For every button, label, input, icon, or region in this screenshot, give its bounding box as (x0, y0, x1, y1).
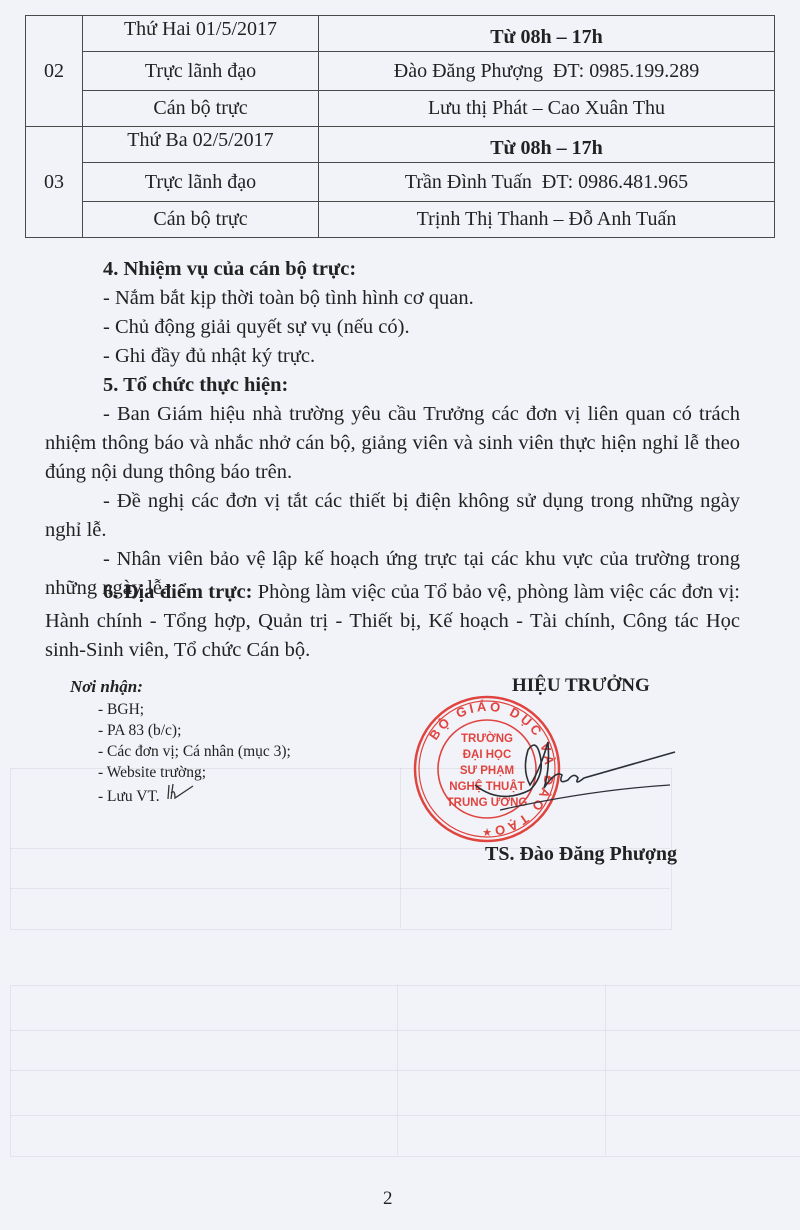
row-number: 02 (26, 16, 83, 127)
row-number: 03 (26, 127, 83, 238)
duty-time: Từ 08h – 17h (319, 16, 775, 52)
initials-mark-icon (166, 783, 196, 807)
leader-value: Đào Đăng Phượng ĐT: 0985.199.289 (319, 52, 775, 91)
staff-label: Cán bộ trực (83, 202, 319, 238)
paragraph-text: - Ban Giám hiệu nhà trường yêu cầu Trưởn… (45, 400, 740, 487)
bleed-through-line (605, 985, 606, 1155)
svg-text:★: ★ (482, 827, 492, 839)
recipient-item: - Các đơn vị; Cá nhân (mục 3); (70, 741, 291, 762)
duty-time: Từ 08h – 17h (319, 127, 775, 163)
document-page: 02 Thứ Hai 01/5/2017 Từ 08h – 17h Trực l… (0, 0, 800, 1230)
table-row: Trực lãnh đạo Đào Đăng Phượng ĐT: 0985.1… (26, 52, 775, 91)
section-duties: 4. Nhiệm vụ của cán bộ trực: - Nắm bắt k… (0, 255, 800, 371)
bleed-through-line (10, 1070, 800, 1071)
section-heading: 4. Nhiệm vụ của cán bộ trực: (0, 255, 800, 284)
table-row: 02 Thứ Hai 01/5/2017 Từ 08h – 17h (26, 16, 775, 52)
signatory-name: TS. Đào Đăng Phượng (485, 843, 677, 866)
table-row: Trực lãnh đạo Trần Đình Tuấn ĐT: 0986.48… (26, 163, 775, 202)
leader-value: Trần Đình Tuấn ĐT: 0986.481.965 (319, 163, 775, 202)
bleed-through-table (10, 985, 800, 1157)
table-row: Cán bộ trực Trịnh Thị Thanh – Đỗ Anh Tuấ… (26, 202, 775, 238)
recipients-block: Nơi nhận: - BGH; - PA 83 (b/c); - Các đơ… (70, 676, 291, 807)
paragraph: 6. Địa điểm trực: Phòng làm việc của Tổ … (0, 578, 800, 665)
bleed-through-line (10, 1115, 800, 1116)
page-number: 2 (383, 1188, 393, 1210)
list-item: - Ghi đầy đủ nhật ký trực. (0, 342, 800, 371)
recipient-item: - Lưu VT. (98, 788, 160, 805)
duty-date: Thứ Hai 01/5/2017 (83, 16, 319, 52)
bleed-through-line (397, 985, 398, 1155)
recipient-item: - PA 83 (b/c); (70, 720, 291, 741)
section-heading: 5. Tổ chức thực hiện: (0, 371, 800, 400)
bleed-through-line (10, 888, 670, 889)
table-row: Cán bộ trực Lưu thị Phát – Cao Xuân Thu (26, 91, 775, 127)
bleed-through-line (400, 768, 401, 928)
recipient-item: - BGH; (70, 699, 291, 720)
table-row: 03 Thứ Ba 02/5/2017 Từ 08h – 17h (26, 127, 775, 163)
leader-label: Trực lãnh đạo (83, 163, 319, 202)
signatory-title: HIỆU TRƯỞNG (512, 675, 650, 697)
leader-label: Trực lãnh đạo (83, 52, 319, 91)
staff-value: Trịnh Thị Thanh – Đỗ Anh Tuấn (319, 202, 775, 238)
staff-value: Lưu thị Phát – Cao Xuân Thu (319, 91, 775, 127)
recipient-item: - Website trường; (70, 762, 291, 783)
section-location: 6. Địa điểm trực: Phòng làm việc của Tổ … (0, 578, 800, 665)
recipients-title: Nơi nhận: (70, 676, 291, 697)
section-heading: 6. Địa điểm trực: (103, 581, 252, 603)
recipient-item-wrap: - Lưu VT. (70, 783, 291, 807)
list-item: - Chủ động giải quyết sự vụ (nếu có). (0, 313, 800, 342)
list-item: - Nắm bắt kịp thời toàn bộ tình hình cơ … (0, 284, 800, 313)
section-implementation: 5. Tổ chức thực hiện: - Ban Giám hiệu nh… (0, 371, 800, 603)
bleed-through-line (10, 1030, 800, 1031)
paragraph: - Đề nghị các đơn vị tắt các thiết bị đi… (0, 487, 800, 545)
signature-icon (470, 730, 690, 820)
duty-schedule-table: 02 Thứ Hai 01/5/2017 Từ 08h – 17h Trực l… (25, 15, 775, 238)
paragraph-text: 6. Địa điểm trực: Phòng làm việc của Tổ … (45, 578, 740, 665)
staff-label: Cán bộ trực (83, 91, 319, 127)
paragraph: - Ban Giám hiệu nhà trường yêu cầu Trưởn… (0, 400, 800, 487)
duty-date: Thứ Ba 02/5/2017 (83, 127, 319, 163)
paragraph-text: - Đề nghị các đơn vị tắt các thiết bị đi… (45, 487, 740, 545)
